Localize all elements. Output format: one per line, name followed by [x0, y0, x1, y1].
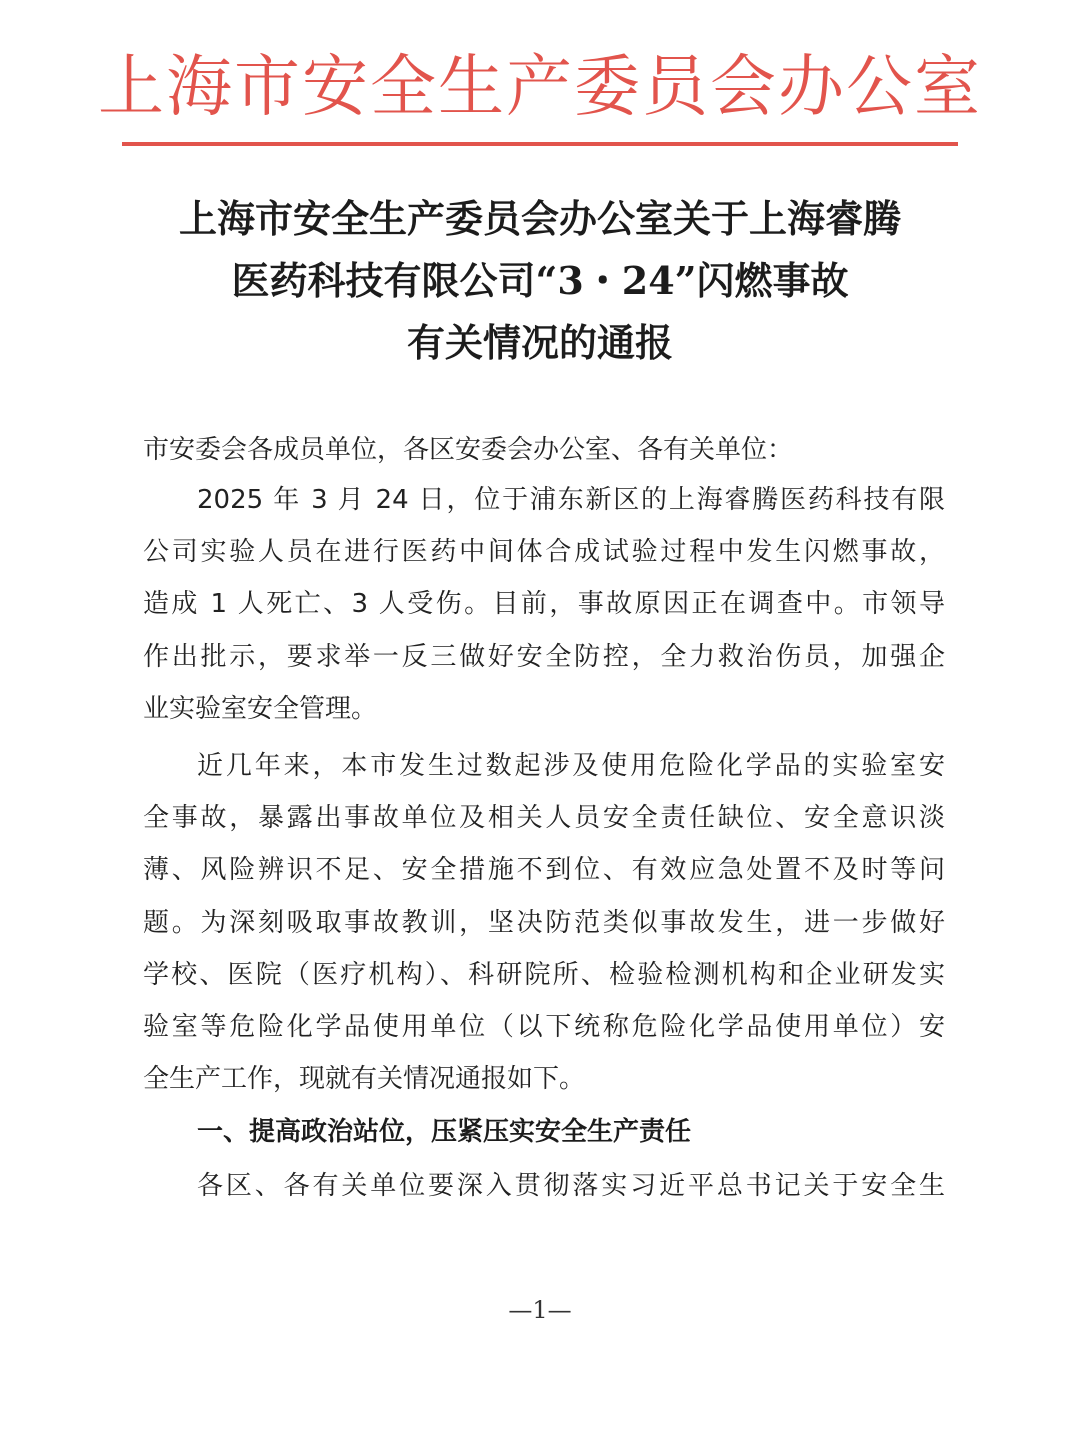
issuer-masthead: 上海市安全生产委员会办公室 — [0, 41, 1080, 133]
title-line-3: 有关情况的通报 — [0, 312, 1080, 374]
paragraph-line: 全事故，暴露出事故单位及相关人员安全责任缺位、安全意识淡 — [143, 792, 945, 844]
paragraph-line: 学校、医院（医疗机构）、科研院所、检验检测机构和企业研发实 — [143, 949, 945, 1001]
paragraph-line: 薄、风险辨识不足、安全措施不到位、有效应急处置不及时等问 — [143, 844, 945, 896]
title-line-2: 医药科技有限公司“3・24”闪燃事故 — [0, 250, 1080, 312]
paragraph-line: 公司实验人员在进行医药中间体合成试验过程中发生闪燃事故， — [143, 526, 945, 578]
salutation-text: 市安委会各成员单位，各区安委会办公室、各有关单位： — [143, 424, 945, 476]
paragraph-line: 各区、各有关单位要深入贯彻落实习近平总书记关于安全生 — [143, 1160, 945, 1212]
page-number: —1— — [0, 1296, 1080, 1324]
paragraph-line: 题。为深刻吸取事故教训，坚决防范类似事故发生，进一步做好 — [143, 897, 945, 949]
paragraph-line: 验室等危险化学品使用单位（以下统称危险化学品使用单位）安 — [143, 1001, 945, 1053]
paragraph-line: 近几年来，本市发生过数起涉及使用危险化学品的实验室安 — [143, 740, 945, 792]
paragraph-line: 2025 年 3 月 24 日，位于浦东新区的上海睿腾医药科技有限 — [143, 474, 945, 526]
paragraph-line: 作出批示，要求举一反三做好安全防控，全力救治伤员，加强企 — [143, 631, 945, 683]
paragraph-1: 2025 年 3 月 24 日，位于浦东新区的上海睿腾医药科技有限 公司实验人员… — [143, 474, 945, 735]
salutation: 市安委会各成员单位，各区安委会办公室、各有关单位： — [143, 424, 945, 476]
paragraph-line: 造成 1 人死亡、3 人受伤。目前，事故原因正在调查中。市领导 — [143, 578, 945, 630]
paragraph-3: 各区、各有关单位要深入贯彻落实习近平总书记关于安全生 — [143, 1160, 945, 1212]
red-divider-rule — [122, 142, 958, 146]
section-heading-1: 一、提高政治站位，压紧压实安全生产责任 — [197, 1106, 691, 1158]
paragraph-line: 全生产工作，现就有关情况通报如下。 — [143, 1053, 945, 1105]
document-title: 上海市安全生产委员会办公室关于上海睿腾 医药科技有限公司“3・24”闪燃事故 有… — [0, 188, 1080, 374]
paragraph-line: 业实验室安全管理。 — [143, 683, 945, 735]
title-line-1: 上海市安全生产委员会办公室关于上海睿腾 — [0, 188, 1080, 250]
paragraph-2: 近几年来，本市发生过数起涉及使用危险化学品的实验室安 全事故，暴露出事故单位及相… — [143, 740, 945, 1105]
